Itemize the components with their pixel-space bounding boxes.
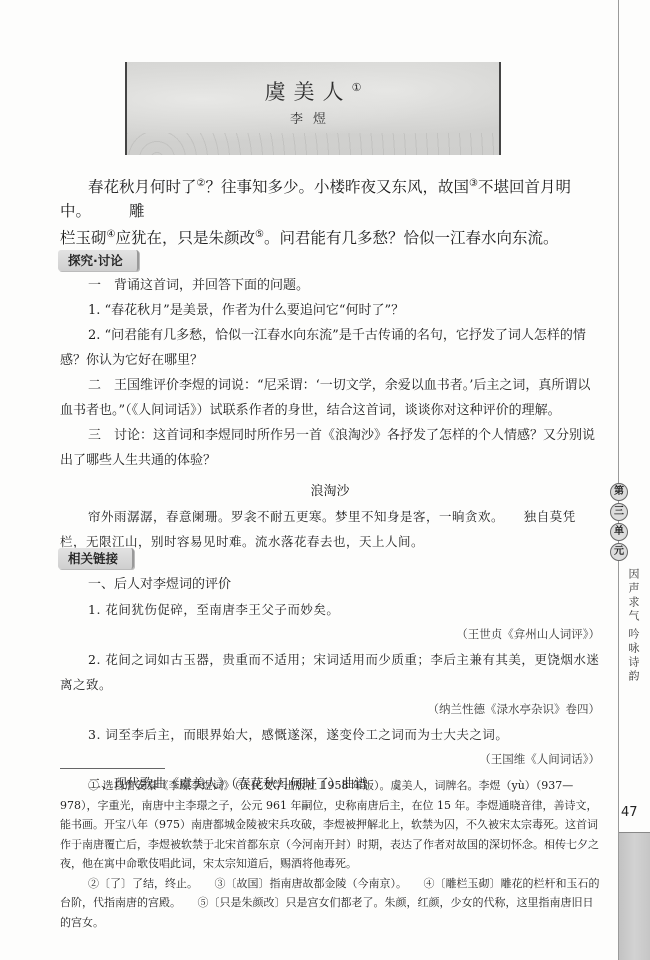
quote-item: 2. 花间之词如古玉器，贵重而不适用；宋词适用而少质重；李后主兼有其美，更饶烟水… — [60, 647, 600, 697]
page-number: 47 — [621, 805, 638, 820]
unit-char: 第 — [610, 483, 628, 501]
poem-body: 春花秋月何时了②？往事知多少。小楼昨夜又东风，故国③不堪回首月明中。雕 栏玉砌④… — [60, 172, 600, 250]
title-banner: 虞美人① 李煜 — [125, 62, 501, 155]
footnote-ref-3[interactable]: ③ — [469, 178, 478, 189]
footnote-3: ③〔故国〕指南唐故都金陵（今南京）。 — [215, 877, 402, 890]
poem2-title: 浪淘沙 — [60, 479, 600, 504]
footnote-2: ②〔了〕了结，终止。 — [88, 877, 193, 890]
discussion-label-text: 探究·讨论 — [58, 250, 139, 271]
poem-text: 。问君能有几多愁？恰似一江春水向东流。 — [264, 229, 559, 247]
poem-text: 雕 — [129, 202, 145, 220]
unit-char: 单 — [610, 523, 628, 541]
footnote-ref-1[interactable]: ① — [352, 81, 362, 94]
poem2-text: 帘外雨潺潺，春意阑珊。罗衾不耐五更寒。梦里不知身是客，一晌贪欢。 独自莫凭栏，无… — [60, 504, 600, 554]
footnotes: ① 选自詹安泰《李璟李煜词》（人民文学出版社 1958 年版）。虞美人，词牌名。… — [60, 776, 600, 932]
quote-item: 3. 词至李后主，而眼界始大，感慨遂深，遂变伶工之词而为士大夫之词。 — [60, 722, 600, 747]
question-item: 1. “春花秋月”是美景，作者为什么要追问它“何时了”？ — [60, 298, 600, 323]
footnote-ref-5[interactable]: ⑤ — [255, 229, 264, 240]
unit-marker: 第 三 单 元 — [610, 483, 628, 563]
question-item: 二 王国维评价李煜的词说：“尼采谓：‘一切文学，余爱以血书者。’后主之词，真所谓… — [60, 373, 600, 423]
discussion-label: 探究·讨论 — [58, 250, 139, 269]
footnote-1: ① 选自詹安泰《李璟李煜词》（人民文学出版社 1958 年版）。虞美人，词牌名。… — [60, 776, 600, 874]
question-item: 三 讨论：这首词和李煜同时所作另一首《浪淘沙》各抒发了怎样的个人情感？又分别说出… — [60, 423, 600, 473]
discussion-questions: 一 背诵这首词，并回答下面的问题。 1. “春花秋月”是美景，作者为什么要追问它… — [60, 273, 600, 554]
links-label: 相关链接 — [58, 548, 134, 567]
quote-source: （王世贞《弇州山人词评》） — [60, 622, 600, 647]
poem-title-text: 虞美人 — [265, 80, 352, 104]
quote-item: 1. 花间犹伤促碎，至南唐李王父子而妙矣。 — [60, 597, 600, 622]
unit-char: 元 — [610, 543, 628, 561]
unit-subtitle: 吟咏诗韵 — [625, 628, 641, 684]
poem-author: 李煜 — [127, 108, 499, 127]
question-item: 2. “问君能有几多愁，恰似一江春水向东流”是千古传诵的名句，它抒发了词人怎样的… — [60, 323, 600, 373]
poem-title: 虞美人① — [127, 76, 499, 106]
poem-text: 春花秋月何时了 — [88, 178, 197, 196]
margin-rule — [618, 0, 619, 960]
wave-pattern-decoration — [127, 133, 499, 155]
links-heading-1: 一、后人对李煜词的评价 — [60, 572, 600, 597]
question-item: 一 背诵这首词，并回答下面的问题。 — [60, 273, 600, 298]
page-edge-block — [619, 832, 650, 960]
poem-text: ？往事知多少。小楼昨夜又东风，故国 — [205, 178, 469, 196]
unit-title: 因声求气 — [625, 568, 641, 624]
footnote-divider — [60, 768, 165, 769]
related-links: 一、后人对李煜词的评价 1. 花间犹伤促碎，至南唐李王父子而妙矣。 （王世贞《弇… — [60, 572, 600, 797]
unit-char: 三 — [610, 503, 628, 521]
poem-line-1: 春花秋月何时了②？往事知多少。小楼昨夜又东风，故国③不堪回首月明中。雕 — [60, 172, 600, 223]
poem-text: 应犹在，只是朱颜改 — [115, 229, 255, 247]
links-label-text: 相关链接 — [58, 548, 134, 569]
poem-text: 栏玉砌 — [60, 229, 107, 247]
footnotes-2-5: ②〔了〕了结，终止。 ③〔故国〕指南唐故都金陵（今南京）。 ④〔雕栏玉砌〕雕花的… — [60, 874, 600, 933]
poem-line-2: 栏玉砌④应犹在，只是朱颜改⑤。问君能有几多愁？恰似一江春水向东流。 — [60, 223, 600, 250]
quote-source: （纳兰性德《渌水亭杂识》卷四） — [60, 697, 600, 722]
